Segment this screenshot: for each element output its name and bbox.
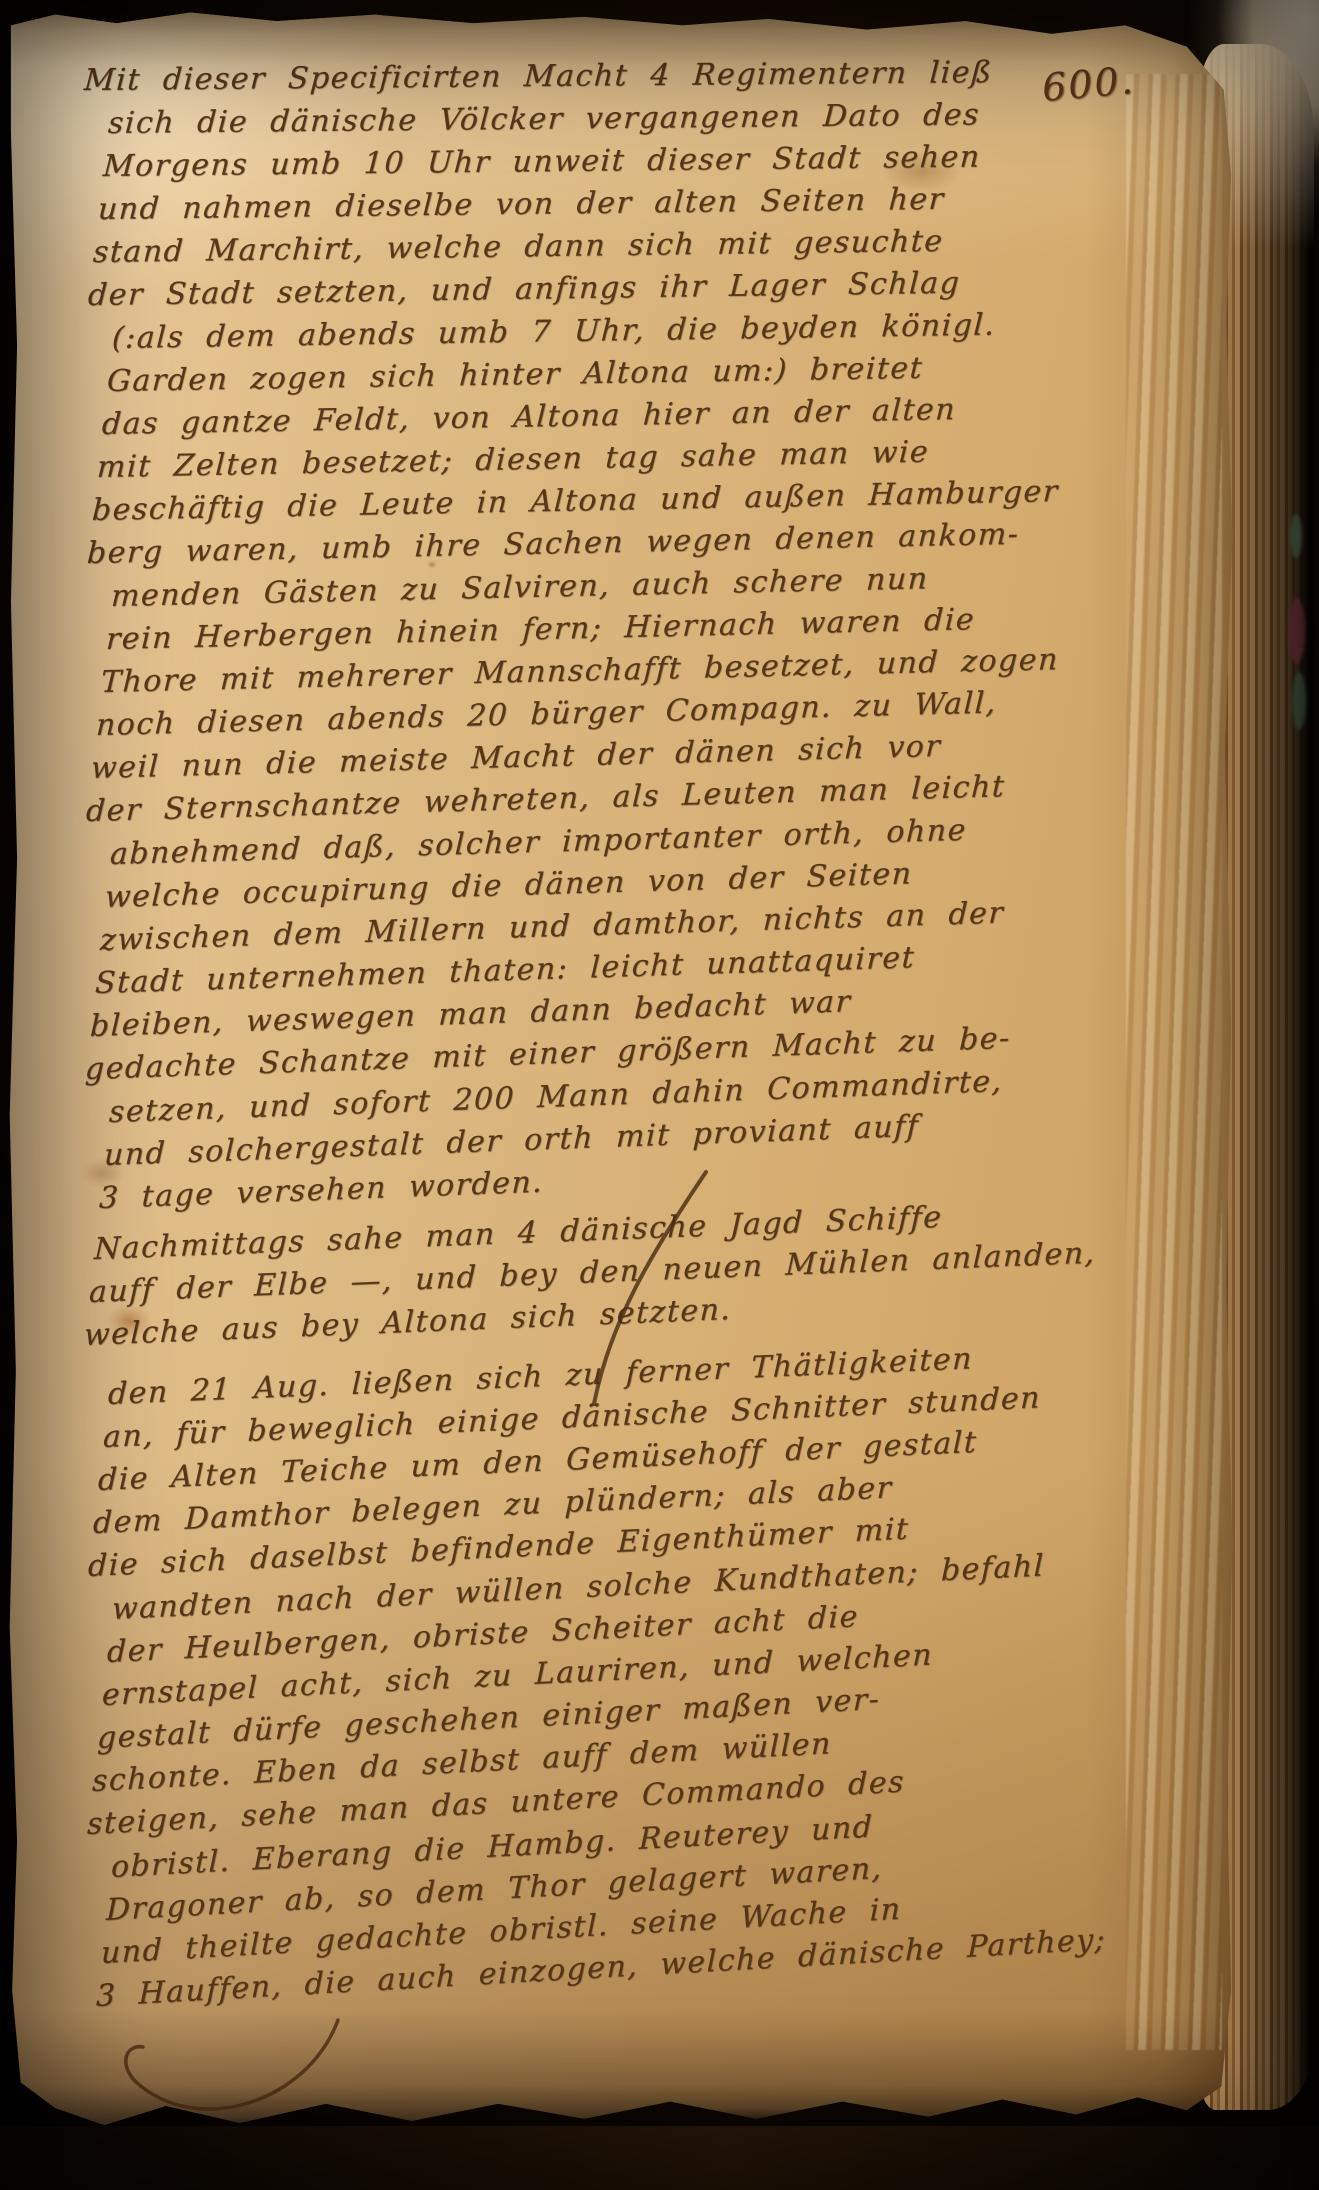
handwritten-line: Mit dieser Specificirten Macht 4 Regimen… [83, 54, 994, 100]
handwritten-text: Mit dieser Specificirten Macht 4 Regimen… [6, 4, 1236, 2140]
handwritten-line: und nahmen dieselbe von der alten Seiten… [97, 181, 946, 229]
handwritten-line: sich die dänische Völcker vergangenen Da… [107, 96, 981, 143]
marbled-edge-red-spot [1288, 598, 1305, 664]
marbled-edge-green-spot [1290, 514, 1302, 558]
manuscript-page: 600. Mit dieser Specificirten Macht 4 Re… [6, 4, 1236, 2140]
handwritten-line: stand Marchirt, welche dann sich mit ges… [92, 223, 945, 272]
table-surface [0, 2126, 1319, 2190]
handwritten-line: Morgens umb 10 Uhr unweit dieser Stadt s… [102, 138, 982, 186]
handwritten-line: der Stadt setzten, und anfings ihr Lager… [87, 265, 961, 315]
marbled-edge-green-spot [1292, 672, 1306, 730]
photograph-of-manuscript: 600. Mit dieser Specificirten Macht 4 Re… [0, 0, 1319, 2190]
